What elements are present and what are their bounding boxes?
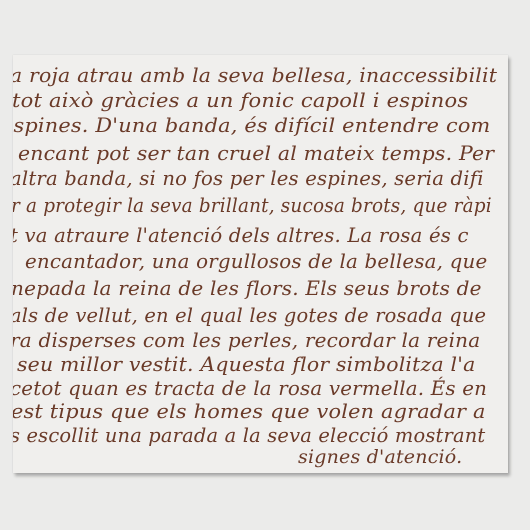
handwritten-line-13: cetot quan es tracta de la rosa vermella… [13, 378, 487, 398]
handwritten-line-7: t va atraure l'atenció dels altres. La r… [13, 225, 469, 245]
handwritten-line-12: seu millor vestit. Aquesta flor simbolit… [17, 354, 475, 374]
handwritten-line-8: encantador, una orgullosos de la bellesa… [25, 251, 487, 271]
handwritten-line-14: est tipus que els homes que volen agrada… [13, 401, 486, 421]
handwritten-line-10: als de vellut, en el qual les gotes de r… [13, 305, 486, 325]
handwritten-line-6: r a protegir la seva brillant, sucosa br… [13, 195, 492, 215]
handwritten-line-15: s escollit una parada a la seva elecció … [13, 425, 485, 445]
handwritten-line-1: a roja atrau amb la seva bellesa, inacce… [13, 65, 497, 85]
handwritten-line-4: encant pot ser tan cruel al mateix temps… [18, 143, 494, 163]
handwritten-line-5: altra banda, si no fos per les espines, … [13, 168, 484, 188]
handwritten-line-11: ra disperses com les perles, recordar la… [13, 330, 480, 350]
handwritten-line-16: signes d'atenció. [298, 448, 462, 467]
handwritten-line-3: espines. D'una banda, és difícil entendr… [13, 115, 490, 135]
handwritten-line-9: nepada la reina de les flors. Els seus b… [13, 278, 482, 298]
handwritten-line-2: tot això gràcies a un fonic capoll i esp… [13, 90, 468, 110]
handwritten-note-panel: a roja atrau amb la seva bellesa, inacce… [13, 55, 508, 473]
